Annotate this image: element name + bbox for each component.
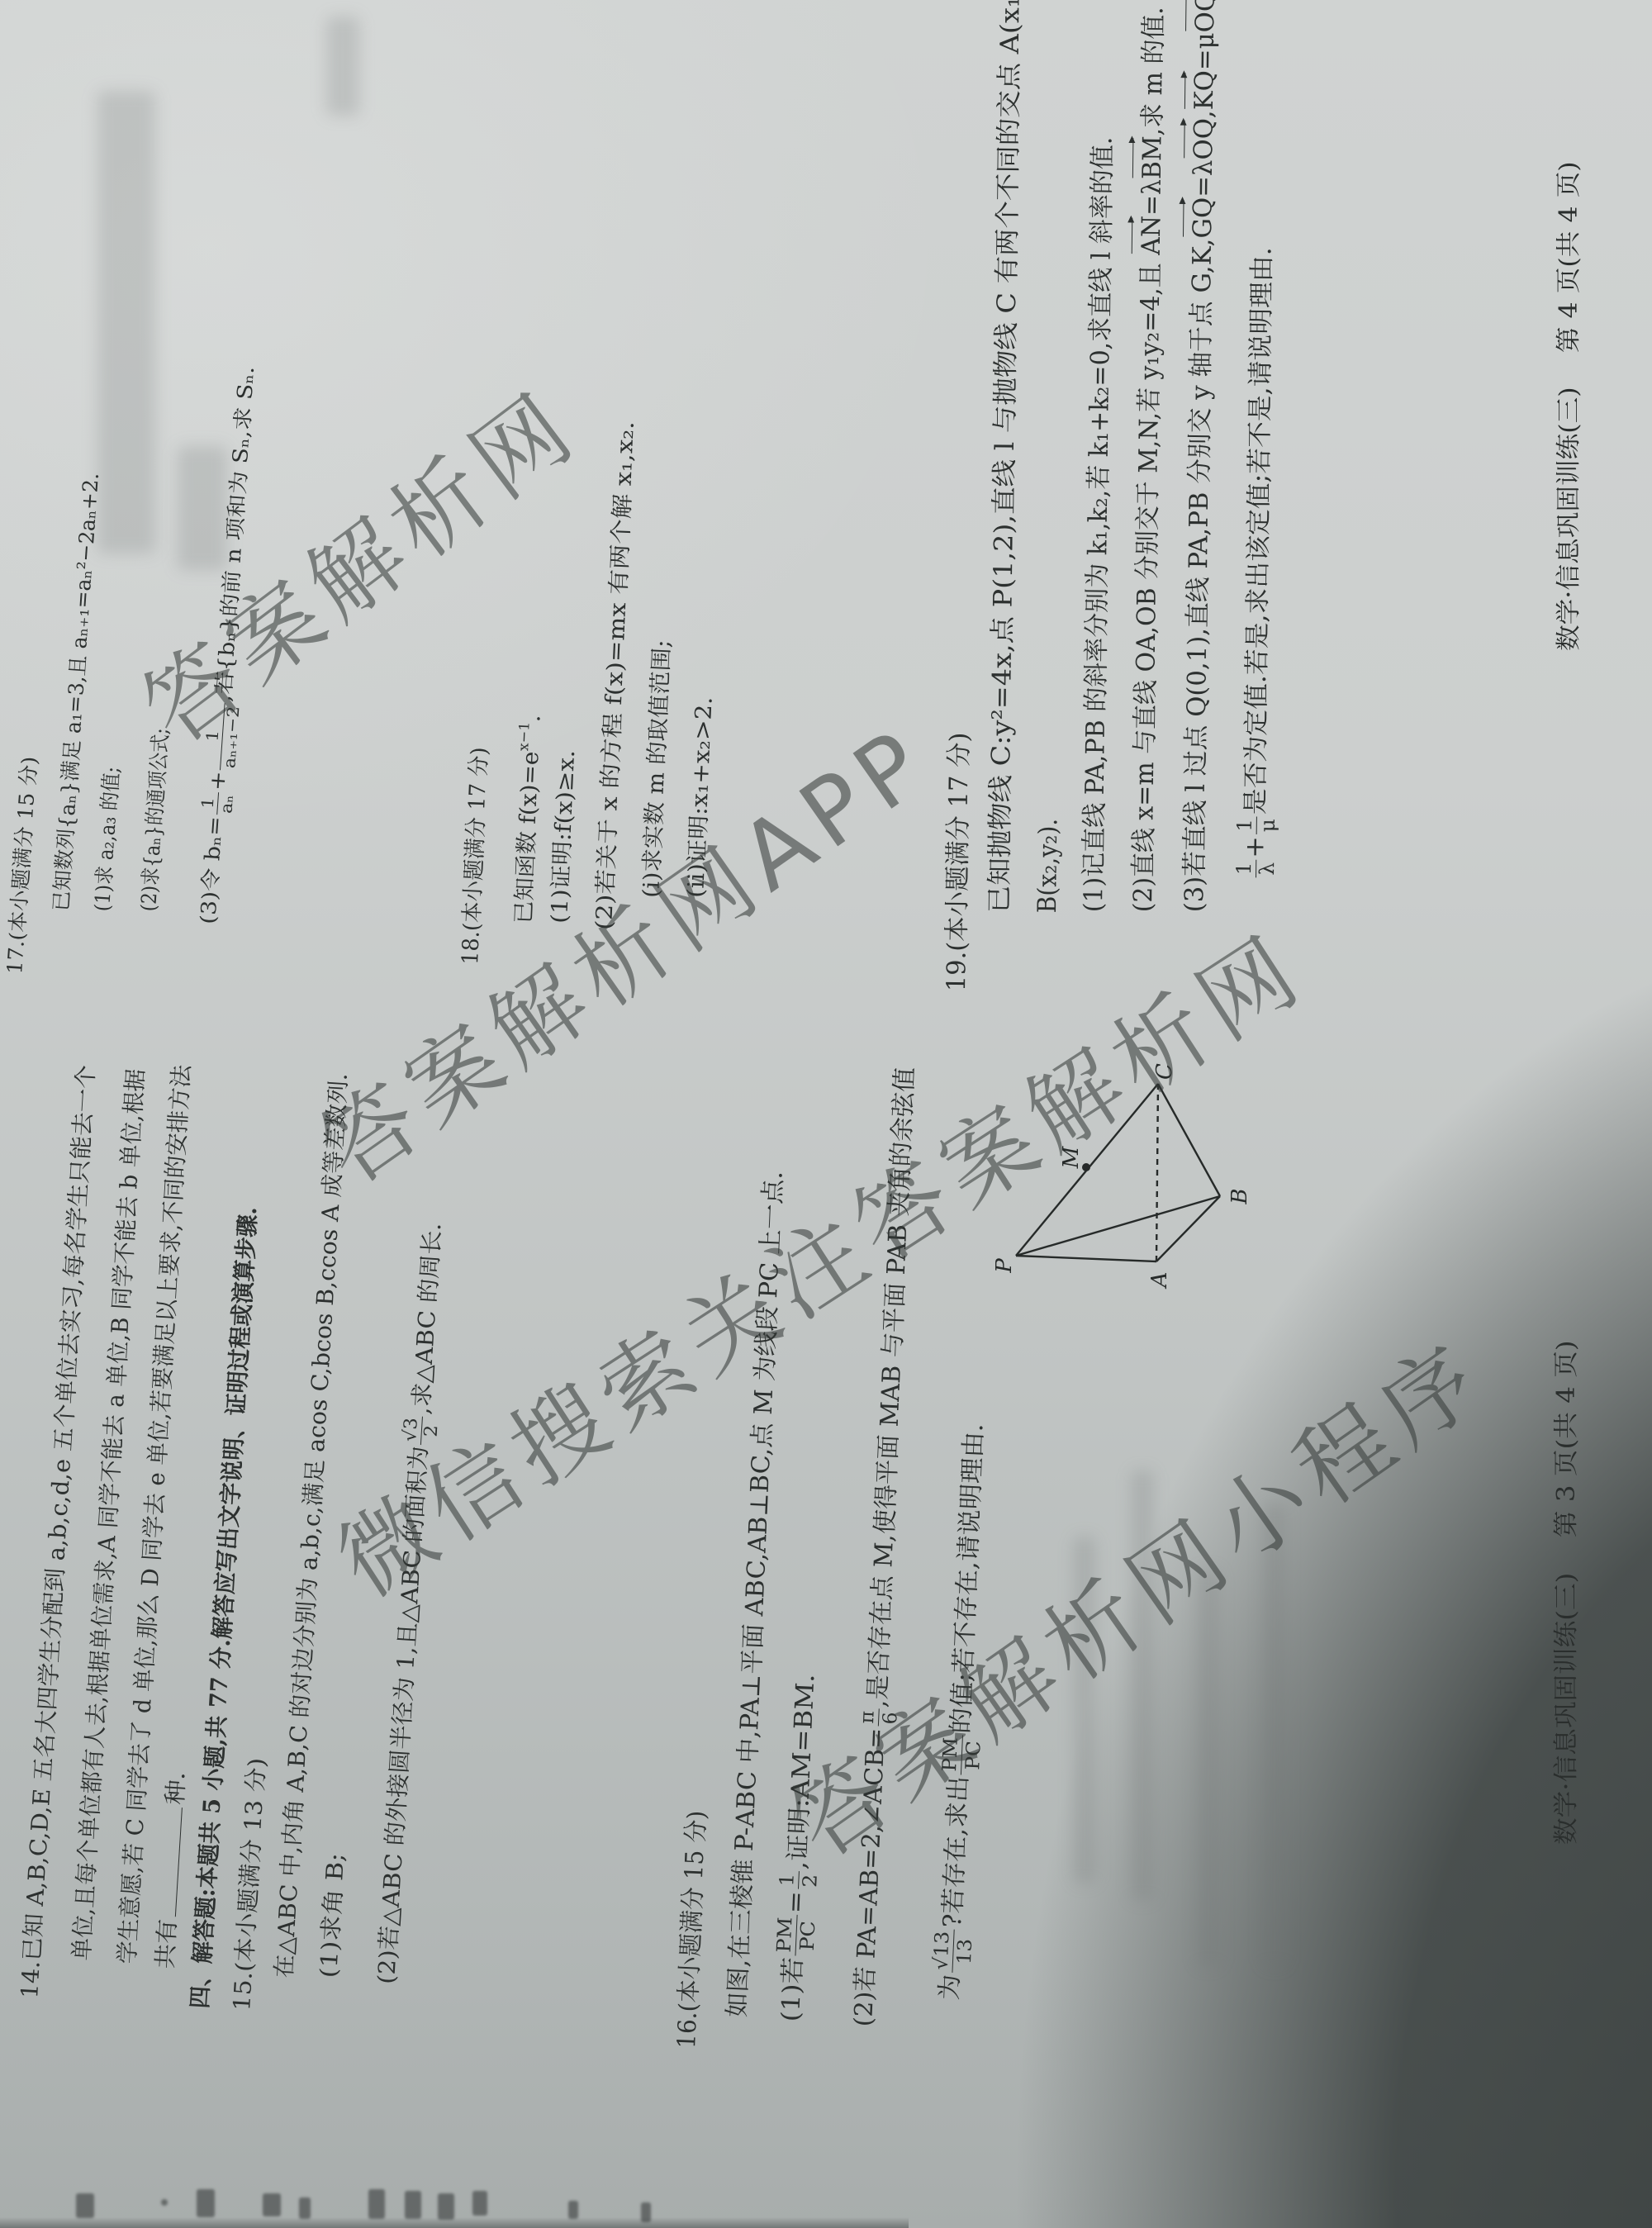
partial-glyph [405,2191,421,2219]
fraction: √1313 [930,1928,976,1974]
fraction: 1aₙ [198,791,236,816]
page-4-footer: 数学·信息巩固训练(三)第 4 页(共 4 页) [1553,161,1586,651]
fraction-denominator: PC [795,1915,819,1956]
q19-part-3-continued: 1λ+1μ是否为定值.若是,求出该定值;若不是,请说明理由. [1231,247,1287,880]
fraction: √32 [400,1415,443,1446]
fraction-numerator: √13 [930,1928,954,1973]
q19-part-3: (3)若直线 l 过点 Q(0,1),直线 PA,PB 分别交 y 轴于点 G,… [1177,0,1223,913]
underlying-sheet-edge [0,2217,909,2228]
bleed-through-mark [97,91,155,553]
partial-glyph [299,2197,311,2219]
partial-glyph [161,2199,168,2206]
q16-part-2-cont-prefix: 为 [935,1974,965,2001]
fraction-numerator: 1 [198,791,219,815]
fraction-numerator: 1 [1233,859,1256,877]
plus-sign: + [1240,836,1270,858]
fraction-denominator: aₙ [217,792,237,816]
fraction-numerator: √3 [400,1415,423,1445]
point-m [1082,1163,1090,1171]
q16-title: 16.(本小题满分 15 分) [671,1810,714,2050]
q15-part-1: (1)求角 B; [313,1852,352,1979]
q16-part-1-prefix: (1)若 [776,1956,808,2022]
q18-title: 18.(本小题满分 17 分) [456,747,495,966]
q14-answer-prefix: 共有 [151,1918,182,1969]
footer-page-number: 第 3 页(共 4 页) [1552,1340,1581,1537]
fraction-denominator: λ [1256,860,1279,878]
partial-glyph [568,2201,578,2219]
q19-part-2: (2)直线 x=m 与直线 OA,OB 分别交于 M,N,若 y₁y₂=4,且 … [1126,7,1171,913]
edge-ap [1016,1256,1156,1261]
fraction-denominator: 2 [798,1871,820,1890]
fraction: 1μ [1234,816,1279,835]
equals-sign: = [781,1890,811,1914]
q19-stem-continued: B(x₂,y₂). [1030,818,1066,913]
fraction: PMPC [773,1914,819,1956]
answer-blank [154,1807,183,1917]
q14-answer-suffix: 种. [161,1771,190,1806]
fraction-numerator: 1 [1234,816,1257,834]
fraction-numerator: 1 [776,1870,799,1889]
vector-oq: OQ [1188,0,1223,33]
fraction-denominator: 2 [421,1416,444,1446]
q19-part-3-question: 是否为定值.若是,求出该定值;若不是,请说明理由. [1241,247,1277,815]
vector-kq: KQ [1187,70,1222,111]
fraction-denominator: 13 [952,1929,976,1974]
partial-glyph [76,2193,94,2218]
q18-stem: 已知函数 f(x)=ex−1. [501,714,548,924]
fraction: 12 [776,1870,820,1890]
label-p: P [992,1258,1017,1274]
q15-part-2-suffix: ,求△ABC 的周长. [407,1222,446,1415]
q19-part-2-suffix: ,求 m 的值. [1137,7,1169,136]
partial-glyph [438,2193,454,2220]
q18-part-1: (1)证明:f(x)≥x. [545,749,582,924]
q19-title: 19.(本小题满分 17 分) [939,732,977,991]
label-a: A [1147,1272,1172,1290]
q17-part-2: (2)求{aₙ}的通项公式; [135,727,175,912]
bleed-through-mark [326,17,359,116]
partial-glyph [263,2193,281,2216]
equals-lambda: =λ [1137,179,1167,216]
q18-part-2: (2)若关于 x 的方程 f(x)=mx 有两个解 x₁,x₂. [590,420,642,930]
exponent: x−1 [515,721,533,751]
equals-lambda: =λ [1189,159,1219,197]
footer-page-number: 第 4 页(共 4 页) [1555,161,1583,353]
q17-part-3-prefix: (3)令 bₙ= [196,815,227,925]
edge-ba [1156,1196,1220,1261]
q17-part-1: (1)求 a₂,a₃ 的值; [88,766,126,913]
partial-glyph [641,2202,651,2222]
q14-answer-line: 共有种. [150,1771,193,1970]
watermark: 答案解析网APP [306,712,947,1199]
plus-sign: + [205,770,230,791]
vector-gq: GQ [1185,197,1221,239]
q19-part-3-prefix: (3)若直线 l 过点 Q(0,1),直线 PA,PB 分别交 y 轴于点 G,… [1180,238,1218,912]
q18-stem-suffix: . [520,715,545,723]
partial-glyph [197,2189,215,2217]
vector-an: AN [1134,216,1170,255]
fraction-denominator: μ [1257,816,1279,834]
partial-glyph [472,2191,487,2216]
vector-oq: OQ [1186,118,1222,160]
q18-stem-prefix: 已知函数 f(x)=e [511,751,544,924]
label-b: B [1227,1188,1252,1204]
q19-part-2-prefix: (2)直线 x=m 与直线 OA,OB 分别交于 M,N,若 y₁y₂=4,且 [1128,255,1166,913]
equals-mu: =μ [1189,32,1220,70]
separator: , [1189,110,1219,118]
q19-part-1: (1)记直线 PA,PB 的斜率分别为 k₁,k₂,若 k₁+k₂=0,求直线 … [1076,136,1120,912]
edge-pb [1016,1196,1220,1256]
fraction-numerator: PM [773,1914,797,1955]
footer-title: 数学·信息巩固训练(三) [1552,1573,1581,1845]
vector-bm: BM [1135,135,1170,179]
fraction: 1λ [1233,859,1279,877]
partial-glyph [368,2189,385,2219]
footer-title: 数学·信息巩固训练(三) [1555,387,1583,651]
q15-title: 15.(本小题满分 13 分) [226,1757,273,2012]
q17-title: 17.(本小题满分 15 分) [1,756,44,976]
q19-stem: 已知抛物线 C:y²=4x,点 P(1,2),直线 l 与抛物线 C 有两个不同… [982,0,1028,914]
page-3-footer: 数学·信息巩固训练(三)第 3 页(共 4 页) [1550,1340,1583,1845]
bleed-through-mark [1198,1570,1219,1966]
